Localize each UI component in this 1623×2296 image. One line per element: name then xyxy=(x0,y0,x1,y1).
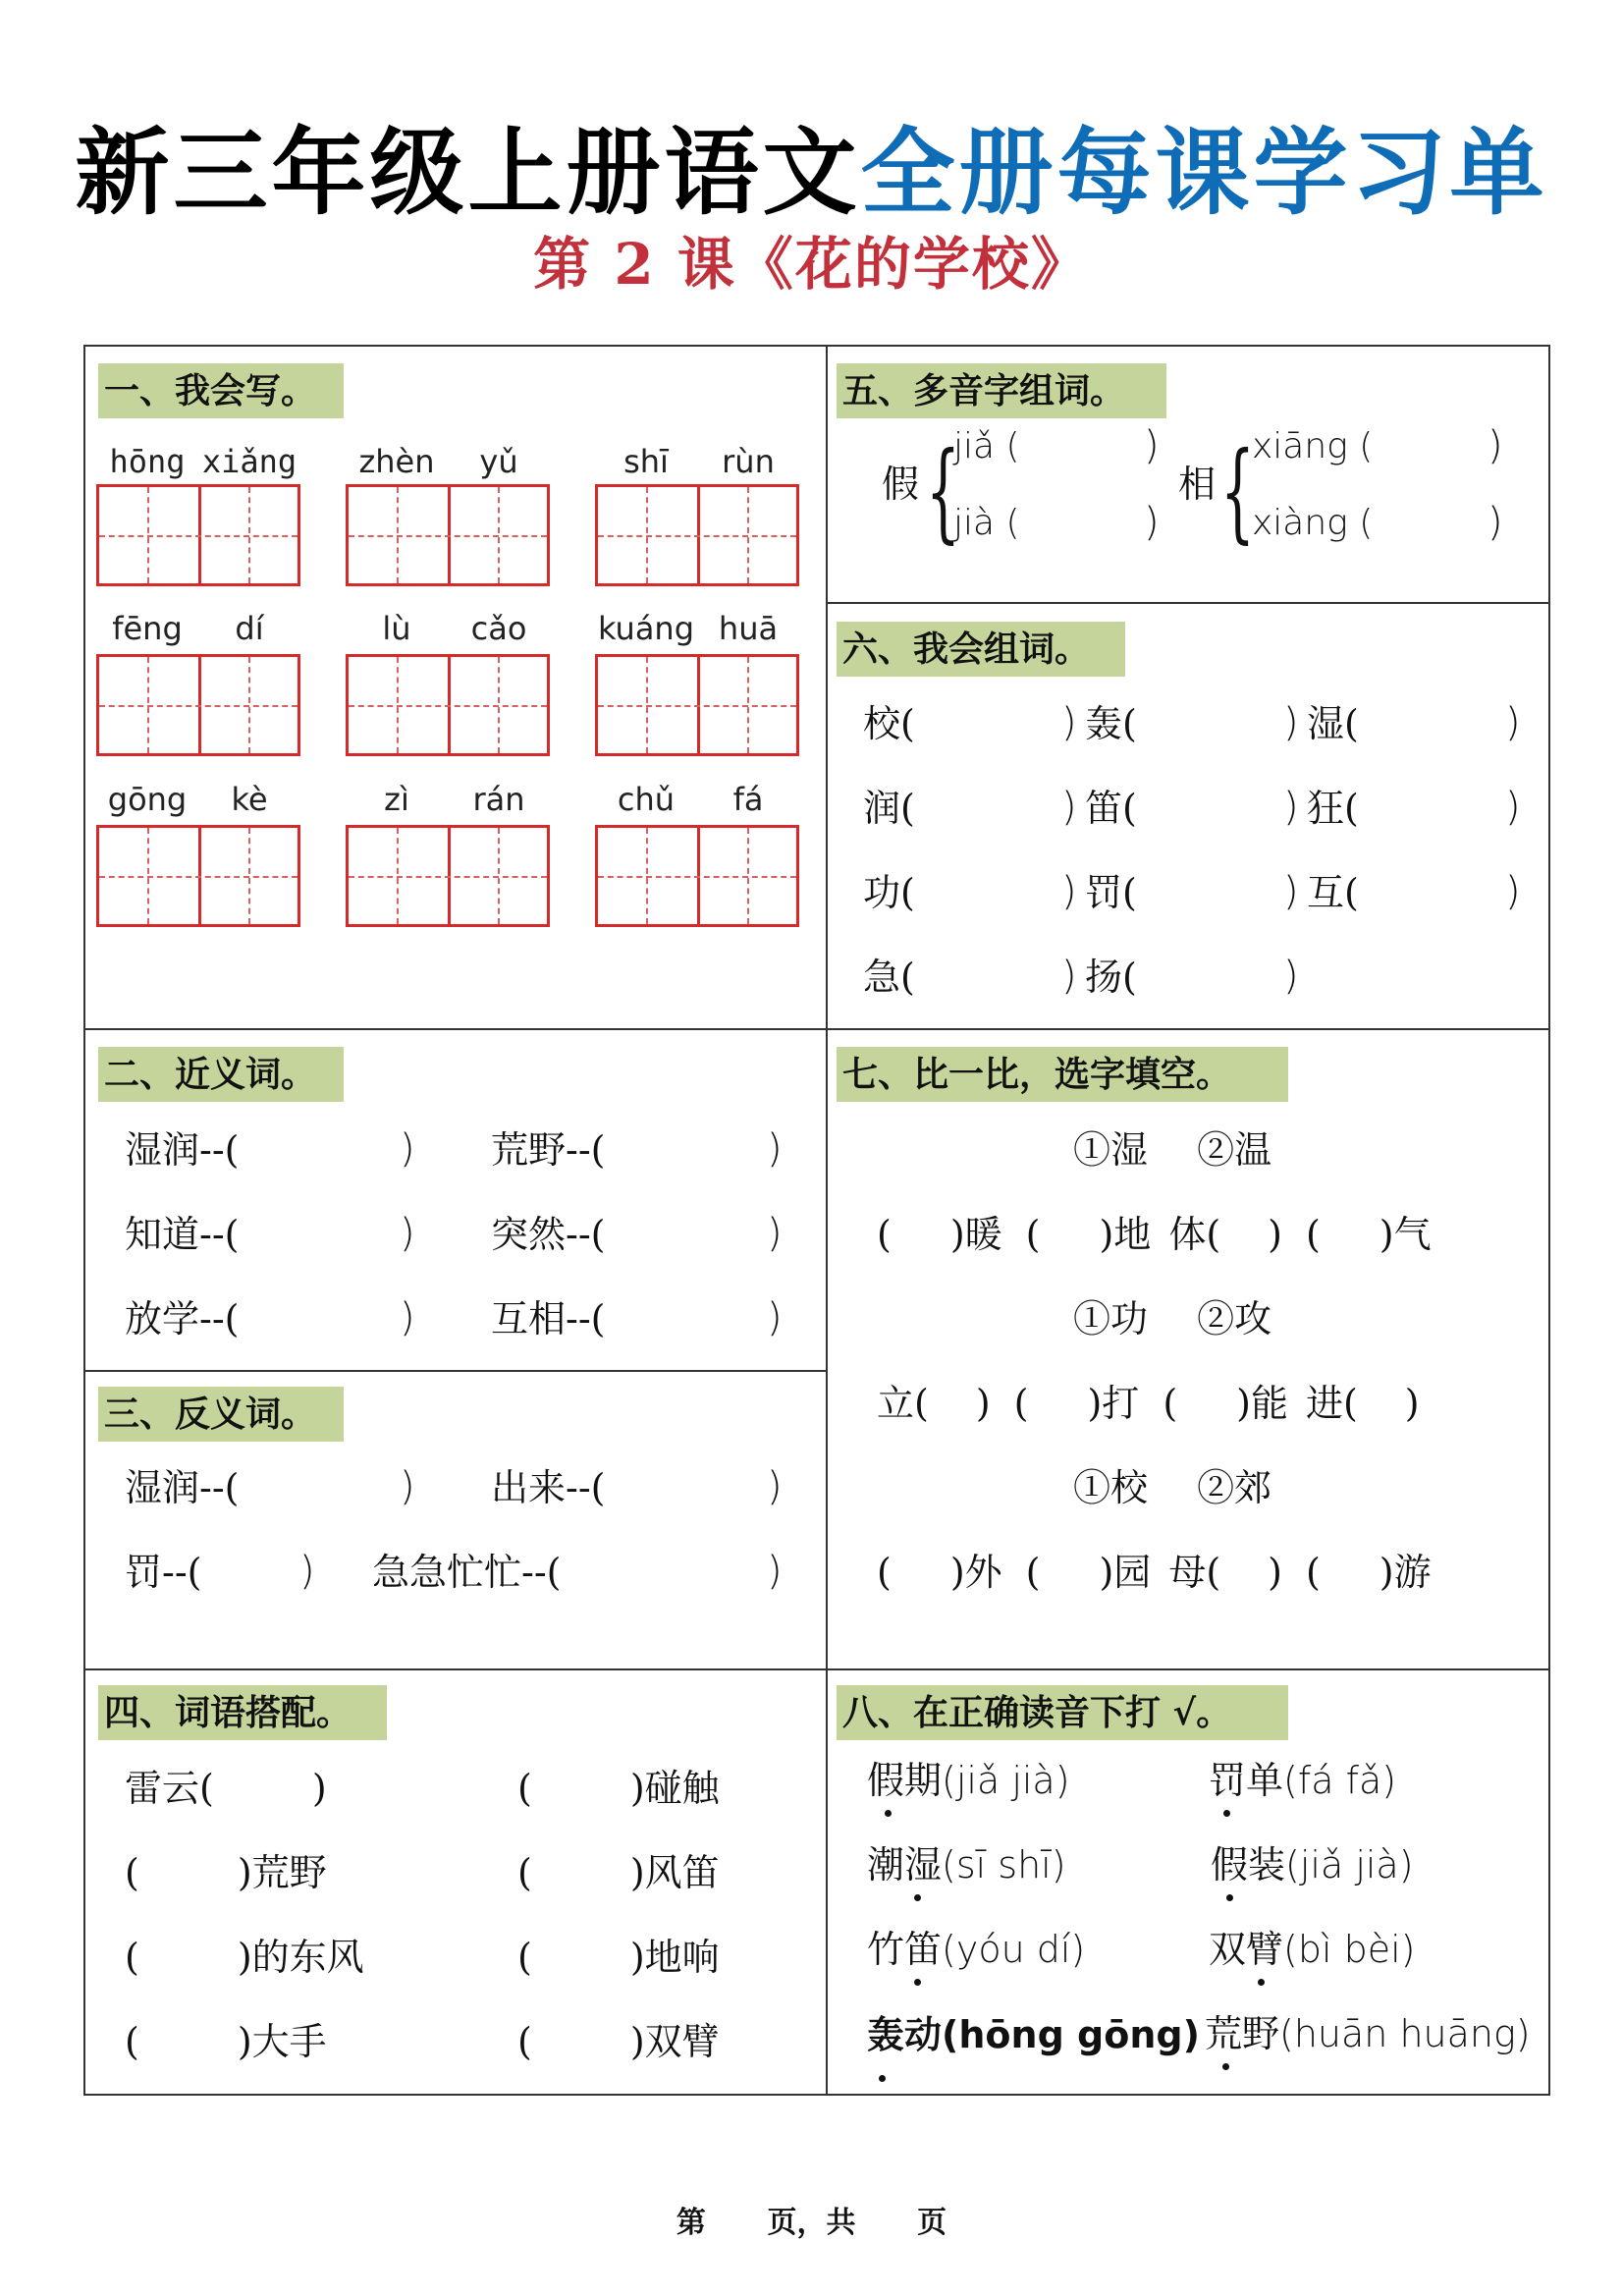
pronunciation-item: 假装(jiǎ jià) xyxy=(1211,1843,1414,1888)
pinyin-label: fá xyxy=(697,781,799,818)
polyphone-char: 假 xyxy=(882,463,919,508)
paren-close: ) xyxy=(767,1549,783,1594)
writing-grid[interactable] xyxy=(595,484,799,586)
pinyin-label: gōng xyxy=(96,781,198,818)
pinyin-label: fēng xyxy=(96,610,198,647)
paren-close: ) xyxy=(1061,700,1077,745)
synonym-item: 放学--( xyxy=(125,1297,240,1342)
pinyin-label: rán xyxy=(448,781,550,818)
pronunciation-item: 轰动(hōng gōng) xyxy=(867,2012,1200,2058)
pronunciation-item: 潮湿(sī shī) xyxy=(867,1843,1066,1888)
collocation-item: ()碰触 xyxy=(517,1767,720,1812)
paren-close: ) xyxy=(1283,869,1299,914)
char-item: 罚( xyxy=(1085,871,1137,916)
char-item: 湿( xyxy=(1307,702,1359,747)
char-item: 校( xyxy=(863,702,915,747)
section-label: 三、反义词。 xyxy=(98,1387,344,1442)
section-label: 五、多音字组词。 xyxy=(837,363,1166,418)
pinyin-label: rùn xyxy=(697,443,799,480)
pinyin-label: xiǎng xyxy=(198,443,300,480)
emphasis-dot xyxy=(914,1894,921,1901)
pinyin-label: hōng xyxy=(96,443,198,480)
paren-close: ) xyxy=(1283,954,1299,999)
reading-label: xiāng ( xyxy=(1252,425,1373,467)
pinyin-row: fēng dí lù cǎo kuáng huā xyxy=(85,610,826,649)
fill-line: ()暖()地体()()气 xyxy=(877,1213,1432,1258)
pinyin-label: lù xyxy=(346,610,448,647)
paren-close: ) xyxy=(299,1549,315,1594)
fill-line: 立()()打()能进() xyxy=(877,1382,1420,1427)
section-pronunciation: 八、在正确读音下打 √。 假期(jiǎ jià) 罚单(fá fǎ) 潮湿(sī… xyxy=(828,1670,1548,2094)
page-footer: 第 页，共 页 xyxy=(0,2198,1623,2241)
char-item: 笛( xyxy=(1085,787,1137,832)
paren-close: ) xyxy=(1505,785,1521,830)
emphasis-dot xyxy=(1258,1979,1265,1986)
pronunciation-item: 假期(jiǎ jià) xyxy=(867,1759,1070,1804)
char-item: 轰( xyxy=(1085,702,1137,747)
fill-line: ()外()园母()()游 xyxy=(877,1551,1432,1596)
pinyin-row: hōng xiǎng zhèn yǔ shī rùn xyxy=(85,443,826,482)
pinyin-label: huā xyxy=(697,610,799,647)
writing-grid[interactable] xyxy=(96,484,300,586)
collocation-item: ()风笛 xyxy=(517,1851,720,1896)
paren-close: ) xyxy=(1061,785,1077,830)
writing-grid[interactable] xyxy=(595,825,799,927)
section-label: 二、近义词。 xyxy=(98,1047,344,1102)
section-label: 一、我会写。 xyxy=(98,363,344,418)
pinyin-label: chǔ xyxy=(595,781,697,818)
paren-close: ) xyxy=(1488,423,1503,468)
writing-grid[interactable] xyxy=(346,484,550,586)
option-pair: ①湿 ②温 xyxy=(1073,1128,1271,1174)
section-synonyms: 二、近义词。 湿润--( ) 荒野--( ) 知道--( ) 突然--( ) 放… xyxy=(85,1030,826,1370)
pinyin-label: kuáng xyxy=(595,610,697,647)
pinyin-label: dí xyxy=(198,610,300,647)
antonym-item: 出来--( xyxy=(491,1466,606,1511)
pinyin-label: zhèn xyxy=(346,443,448,480)
reading-label: jià ( xyxy=(953,502,1020,544)
pronunciation-item: 双臂(bì bèi) xyxy=(1209,1928,1415,1973)
paren-close: ) xyxy=(1488,500,1503,545)
section-label: 六、我会组词。 xyxy=(837,622,1125,677)
collocation-item: ()地响 xyxy=(517,1936,720,1981)
option-pair: ①功 ②攻 xyxy=(1073,1297,1271,1342)
writing-grid[interactable] xyxy=(346,654,550,756)
pinyin-label: shī xyxy=(595,443,697,480)
pinyin-label: zì xyxy=(346,781,448,818)
paren-close: ) xyxy=(1144,500,1160,545)
writing-grid[interactable] xyxy=(96,825,300,927)
polyphone-char: 相 xyxy=(1178,463,1216,508)
brace-icon: { xyxy=(1220,437,1255,545)
char-item: 润( xyxy=(863,787,915,832)
collocation-item: ()的东风 xyxy=(125,1936,364,1981)
char-item: 狂( xyxy=(1307,787,1359,832)
synonym-item: 互相--( xyxy=(491,1297,606,1342)
synonym-item: 荒野--( xyxy=(491,1128,606,1174)
char-item: 急( xyxy=(863,956,915,1001)
paren-close: ) xyxy=(400,1126,415,1172)
paren-close: ) xyxy=(1505,700,1521,745)
char-item: 互( xyxy=(1307,871,1359,916)
paren-close: ) xyxy=(1283,700,1299,745)
pinyin-label: yǔ xyxy=(448,443,550,480)
emphasis-dot xyxy=(879,2075,886,2082)
paren-close: ) xyxy=(400,1464,415,1509)
paren-close: ) xyxy=(767,1211,783,1256)
emphasis-dot xyxy=(1223,1810,1230,1817)
section-polyphone: 五、多音字组词。 假 { jiǎ ( ) jià ( ) 相 { xiāng (… xyxy=(828,347,1548,602)
pronunciation-item: 荒野(huān huāng) xyxy=(1205,2012,1531,2057)
writing-grid[interactable] xyxy=(595,654,799,756)
pinyin-row: gōng kè zì rán chǔ fá xyxy=(85,781,826,820)
paren-close: ) xyxy=(1144,423,1160,468)
title-black-part: 新三年级上册语文 xyxy=(76,117,861,228)
pinyin-label: kè xyxy=(198,781,300,818)
paren-close: ) xyxy=(1061,869,1077,914)
char-item: 扬( xyxy=(1085,956,1137,1001)
pronunciation-item: 罚单(fá fǎ) xyxy=(1209,1759,1396,1804)
section-label: 四、词语搭配。 xyxy=(98,1685,387,1740)
char-item: 功( xyxy=(863,871,915,916)
writing-grid[interactable] xyxy=(96,654,300,756)
emphasis-dot xyxy=(1226,1894,1233,1901)
section-compare-fill: 七、比一比，选字填空。 ①湿 ②温 ()暖()地体()()气 ①功 ②攻 立()… xyxy=(828,1030,1548,1668)
section-label: 七、比一比，选字填空。 xyxy=(837,1047,1288,1102)
antonym-item: 湿润--( xyxy=(125,1466,240,1511)
paren-close: ) xyxy=(400,1295,415,1340)
synonym-item: 知道--( xyxy=(125,1213,240,1258)
section-word-forming: 六、我会组词。 校( ) 轰( ) 湿( ) 润( ) 笛( ) 狂( ) 功(… xyxy=(828,604,1548,1028)
pronunciation-item: 竹笛(yóu dí) xyxy=(867,1928,1085,1973)
paren-close: ) xyxy=(767,1464,783,1509)
writing-grid[interactable] xyxy=(346,825,550,927)
paren-close: ) xyxy=(400,1211,415,1256)
collocation-item: 雷云() xyxy=(125,1767,327,1812)
lesson-subtitle: 第 2 课《花的学校》 xyxy=(0,236,1623,293)
collocation-item: ()双臂 xyxy=(517,2020,720,2065)
title-blue-part: 全册每课学习单 xyxy=(861,117,1548,228)
reading-label: jiǎ ( xyxy=(953,425,1020,467)
paren-close: ) xyxy=(1283,785,1299,830)
collocation-item: ()大手 xyxy=(125,2020,327,2065)
synonym-item: 突然--( xyxy=(491,1213,606,1258)
emphasis-dot xyxy=(1222,2063,1229,2070)
reading-label: xiàng ( xyxy=(1252,502,1373,544)
worksheet-grid: 一、我会写。 hōng xiǎng zhèn yǔ shī rùn fēng d… xyxy=(83,345,1550,2096)
collocation-item: ()荒野 xyxy=(125,1851,327,1896)
paren-close: ) xyxy=(767,1295,783,1340)
pinyin-label: cǎo xyxy=(448,610,550,647)
paren-close: ) xyxy=(1061,954,1077,999)
emphasis-dot xyxy=(914,1979,921,1986)
antonym-item: 罚--( xyxy=(125,1551,202,1596)
section-label: 八、在正确读音下打 √。 xyxy=(837,1685,1288,1740)
antonym-item: 急急忙忙--( xyxy=(372,1551,562,1596)
option-pair: ①校 ②郊 xyxy=(1073,1466,1271,1511)
section-antonyms: 三、反义词。 湿润--( ) 出来--( ) 罚--( ) 急急忙忙--( ) xyxy=(85,1372,826,1668)
paren-close: ) xyxy=(1505,869,1521,914)
paren-close: ) xyxy=(767,1126,783,1172)
section-write: 一、我会写。 hōng xiǎng zhèn yǔ shī rùn fēng d… xyxy=(85,347,826,1028)
synonym-item: 湿润--( xyxy=(125,1128,240,1174)
page-title: 新三年级上册语文全册每课学习单 xyxy=(0,126,1623,220)
section-collocation: 四、词语搭配。 雷云() ()荒野 ()的东风 ()大手 ()碰触 ()风笛 (… xyxy=(85,1670,826,2094)
emphasis-dot xyxy=(885,1810,892,1817)
